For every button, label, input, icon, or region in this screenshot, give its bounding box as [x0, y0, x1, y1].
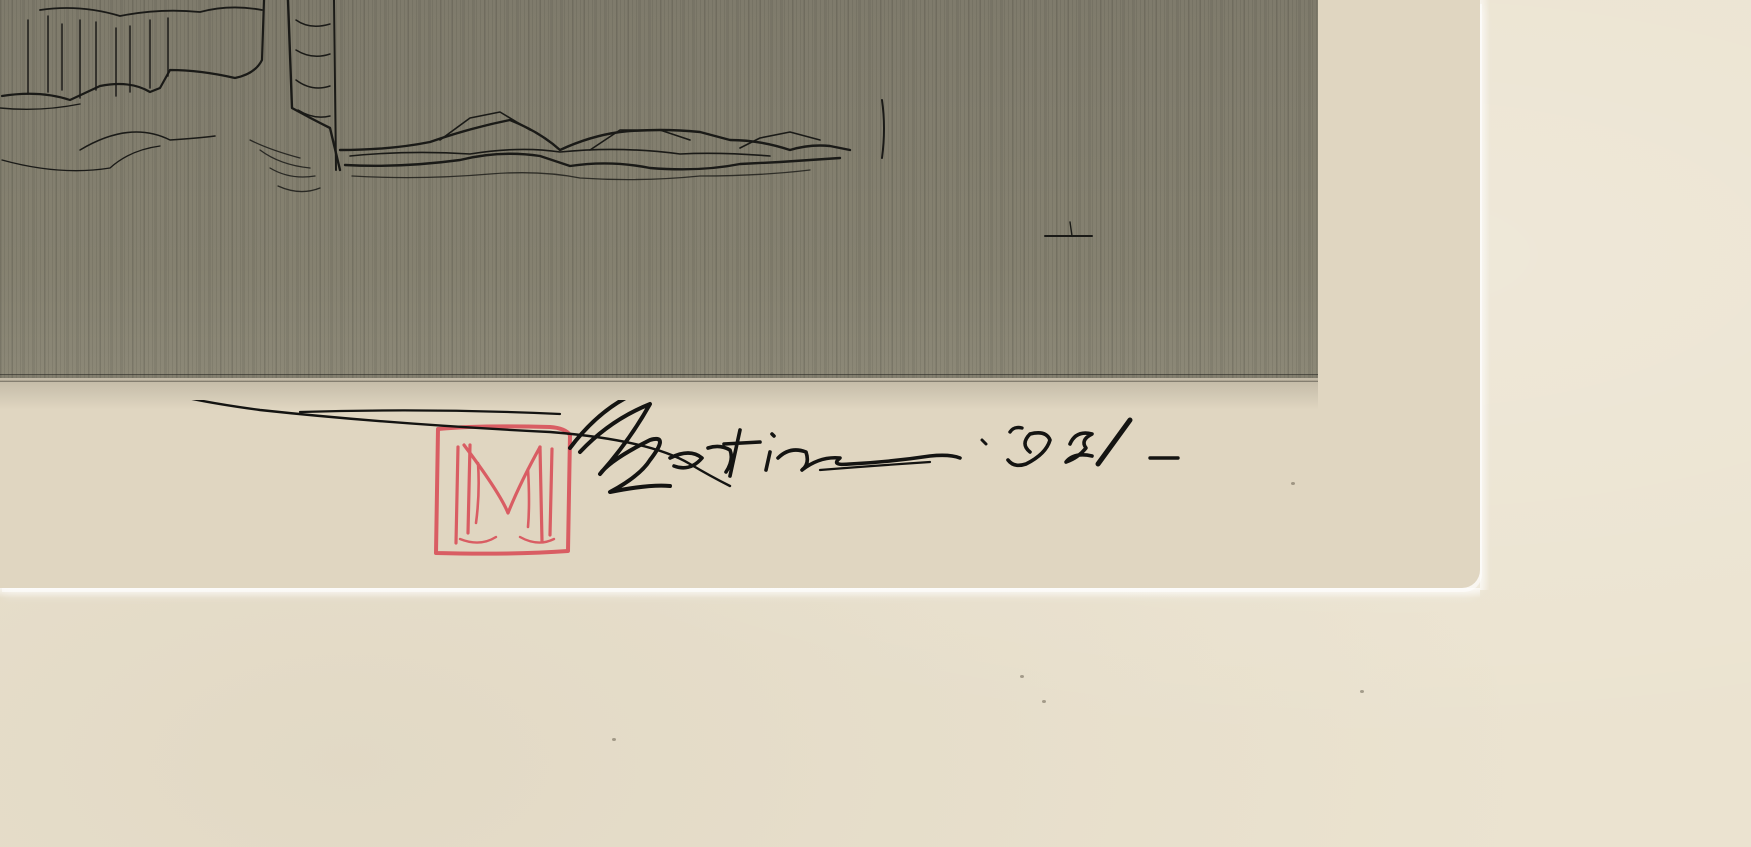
paper-speck: [1291, 482, 1295, 485]
svg-text:Martin: Martin: [130, 400, 185, 404]
paper-speck: [612, 738, 616, 741]
etched-line-drawing: [0, 0, 1318, 378]
plate-mark-bottom-edge: [0, 588, 1480, 598]
paper-speck: [1360, 690, 1364, 693]
paper-speck: [1020, 675, 1024, 678]
paper-sheet: M Martin -1931-: [0, 0, 1751, 847]
paper-speck: [1042, 700, 1046, 703]
artist-signature: Martin: [130, 400, 1430, 560]
plate-mark-right-edge: [1480, 0, 1490, 590]
